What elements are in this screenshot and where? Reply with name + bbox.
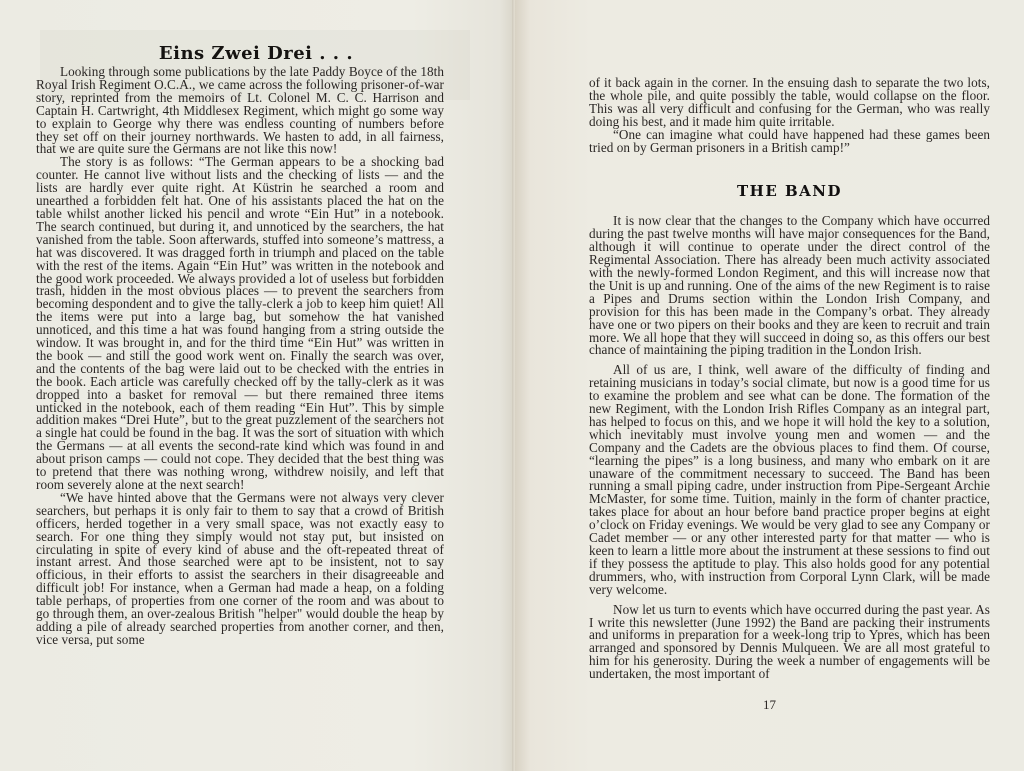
band-paragraph: All of us are, I think, well aware of th… bbox=[589, 364, 990, 596]
booklet-spread: Eins Zwei Drei . . . Looking through som… bbox=[0, 0, 1024, 771]
article-title: Eins Zwei Drei . . . bbox=[0, 43, 512, 64]
page-number: 17 bbox=[515, 697, 1024, 713]
left-page: Eins Zwei Drei . . . Looking through som… bbox=[0, 0, 515, 771]
section-title: THE BAND bbox=[589, 185, 990, 198]
continuation-paragraph: “One can imagine what could have happene… bbox=[589, 129, 990, 155]
band-paragraph: Now let us turn to events which have occ… bbox=[589, 604, 990, 681]
article-paragraph: “We have hinted above that the Germans w… bbox=[36, 492, 444, 647]
article-paragraph: The story is as follows: “The German app… bbox=[36, 156, 444, 492]
band-paragraph: It is now clear that the changes to the … bbox=[589, 215, 990, 357]
right-article-column: of it back again in the corner. In the e… bbox=[589, 77, 990, 681]
right-page: of it back again in the corner. In the e… bbox=[515, 0, 1024, 771]
continuation-paragraph: of it back again in the corner. In the e… bbox=[589, 77, 990, 129]
left-article-column: Looking through some publications by the… bbox=[36, 66, 444, 647]
article-paragraph: Looking through some publications by the… bbox=[36, 66, 444, 156]
